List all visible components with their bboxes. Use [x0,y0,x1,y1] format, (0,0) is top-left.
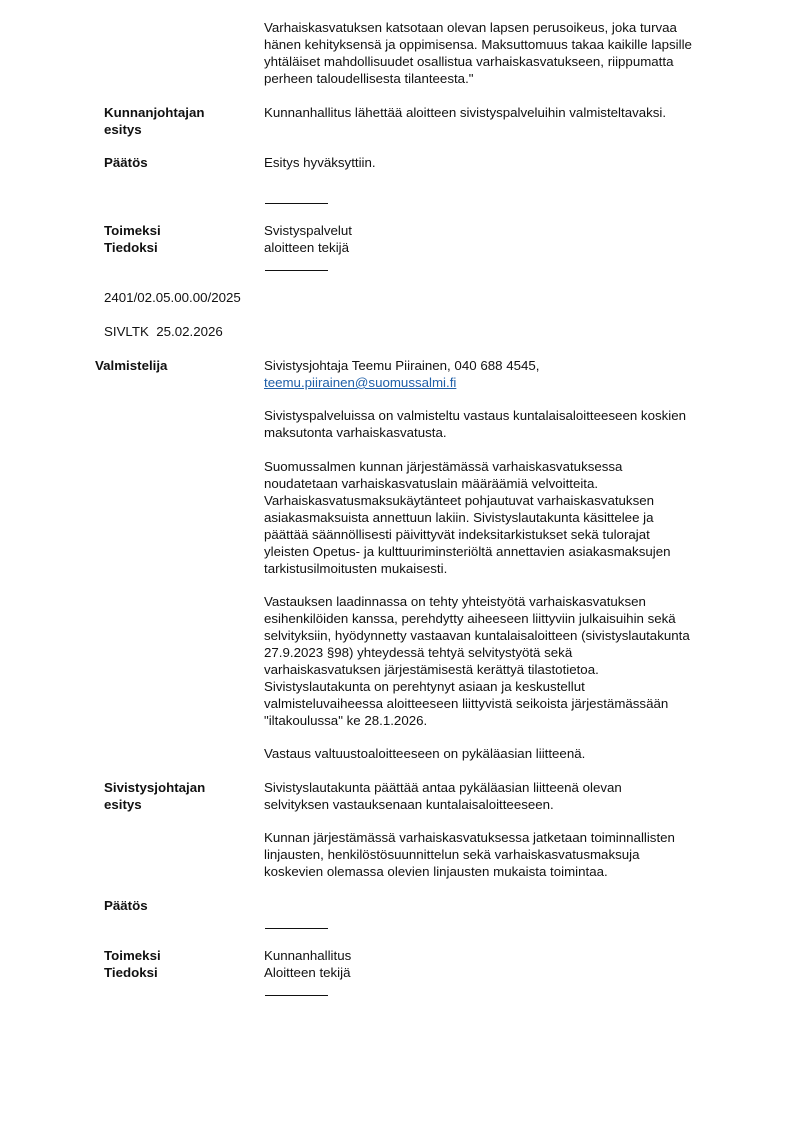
tiedoksi-value-1: aloitteen tekijä [264,239,739,256]
kunnanjohtajan-esitys-label: Kunnanjohtajan esitys [104,104,204,138]
tiedoksi-value-2: Aloitteen tekijä [264,964,739,981]
reference-number: 2401/02.05.00.00/2025 [104,289,241,306]
paragraph-4: Vastaus valtuustoaloitteeseen on pykäläa… [264,745,739,762]
paatos-label-1: Päätös [104,154,148,171]
divider-rule [265,270,328,271]
paatos-text-1: Esitys hyväksyttiin. [264,154,739,171]
paragraph-2: Suomussalmen kunnan järjestämässä varhai… [264,458,739,577]
toimeksi-value-2: Kunnanhallitus [264,947,739,964]
toimeksi-label-2: Toimeksi [104,947,161,964]
toimeksi-label-1: Toimeksi [104,222,161,239]
valmistelija-label: Valmistelija [95,357,167,374]
paragraph-1: Sivistyspalveluissa on valmisteltu vasta… [264,407,739,441]
proposal-paragraph-2: Kunnan järjestämässä varhaiskasvatuksess… [264,829,739,880]
preparer-email-link[interactable]: teemu.piirainen@suomussalmi.fi [264,375,456,390]
intro-paragraph: Varhaiskasvatuksen katsotaan olevan laps… [264,19,739,87]
tiedoksi-label-1: Tiedoksi [104,239,158,256]
paragraph-3: Vastauksen laadinnassa on tehty yhteisty… [264,593,744,729]
divider-rule [265,995,328,996]
tiedoksi-label-2: Tiedoksi [104,964,158,981]
kunnanjohtajan-esitys-text: Kunnanhallitus lähettää aloitteen sivist… [264,104,739,121]
meeting-reference: SIVLTK 25.02.2026 [104,323,223,340]
sivistysjohtajan-esitys-label: Sivistysjohtajan esitys [104,779,205,813]
toimeksi-value-1: Svistyspalvelut [264,222,739,239]
divider-rule [265,203,328,204]
divider-rule [265,928,328,929]
proposal-paragraph-1: Sivistyslautakunta päättää antaa pykäläa… [264,779,739,813]
preparer-text: Sivistysjohtaja Teemu Piirainen, 040 688… [264,357,739,374]
paatos-label-2: Päätös [104,897,148,914]
